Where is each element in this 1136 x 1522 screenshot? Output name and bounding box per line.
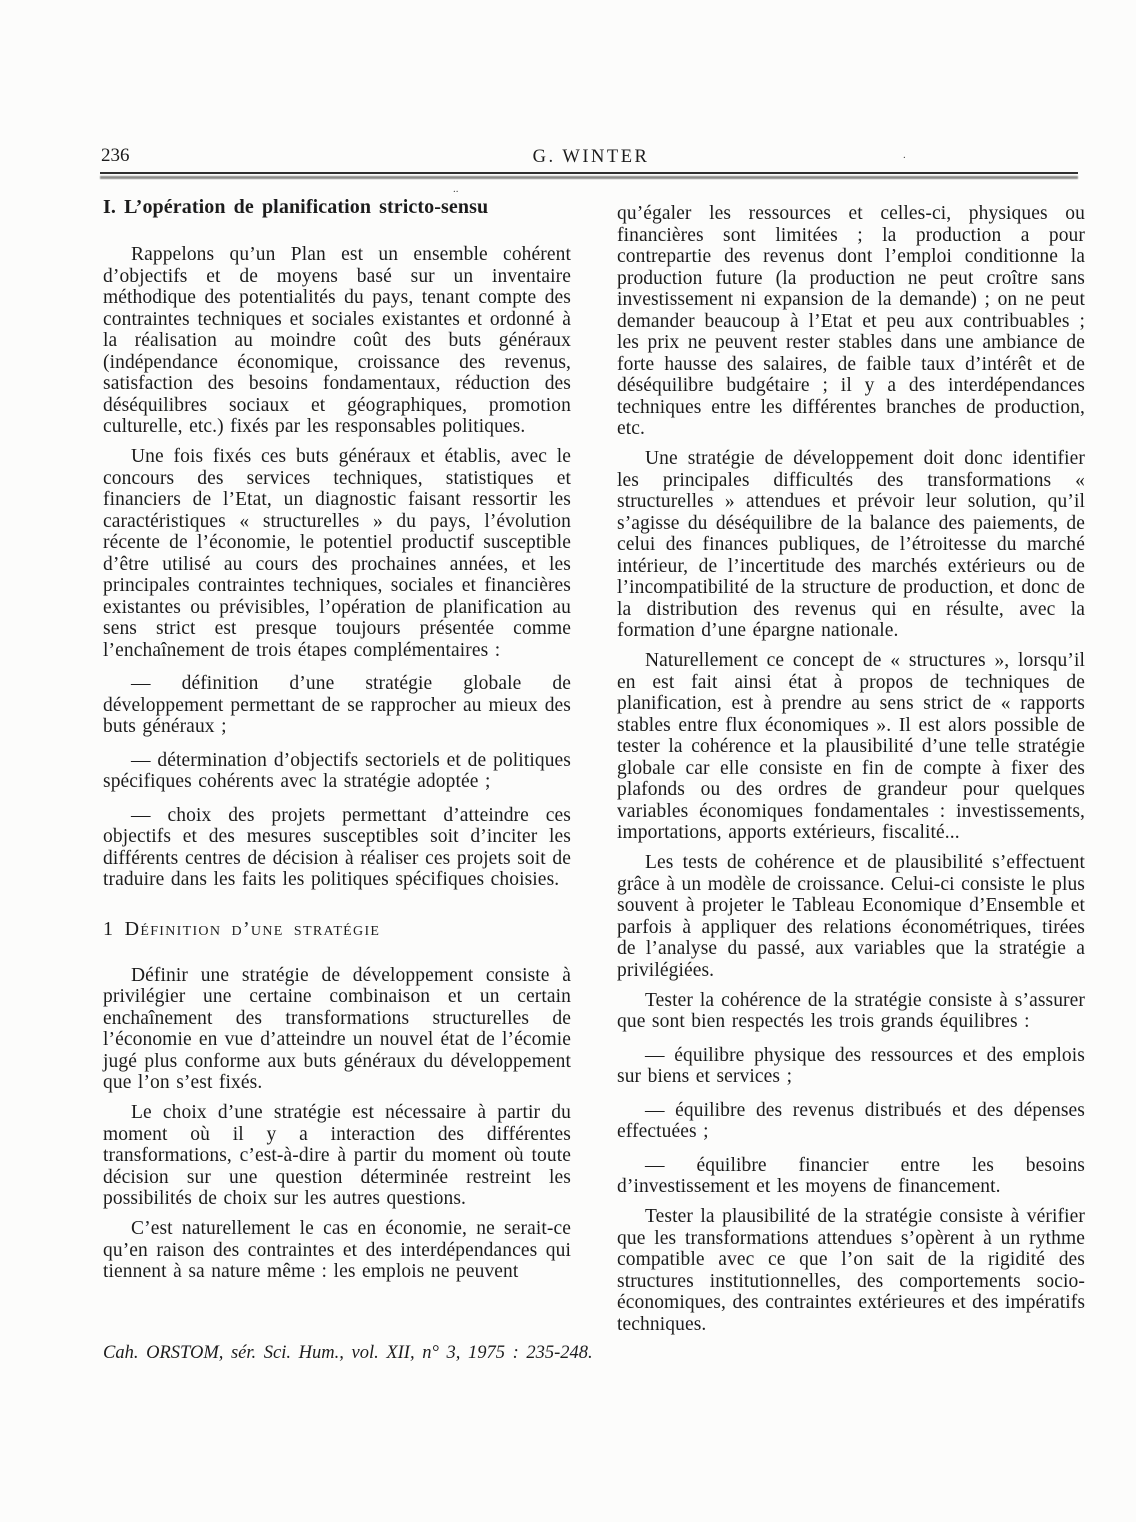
paragraph: qu’égaler les ressources et celles-ci, p…	[617, 203, 1085, 440]
right-column: qu’égaler les ressources et celles-ci, p…	[617, 203, 1085, 1335]
page-number: 236	[101, 145, 130, 167]
left-column: I. L’opération de planification stricto-…	[103, 196, 571, 1283]
paragraph: Une fois fixés ces buts généraux et étab…	[103, 446, 571, 661]
bullet-item: — définition d’une stratégie globale de …	[103, 673, 571, 738]
bullet-item: — équilibre des revenus distribués et de…	[617, 1100, 1085, 1143]
paragraph: Rappelons qu’un Plan est un ensemble coh…	[103, 244, 571, 438]
scan-speck: .	[903, 152, 906, 158]
paragraph: Définir une stratégie de développement c…	[103, 965, 571, 1094]
header-rule-shadow	[100, 176, 1078, 179]
header-rule	[100, 172, 1078, 174]
bullet-item: — détermination d’objectifs sectoriels e…	[103, 750, 571, 793]
journal-page: 236 G. WINTER I. L’opération de planific…	[0, 0, 1136, 1522]
paragraph: Le choix d’une stratégie est nécessaire …	[103, 1102, 571, 1210]
paragraph: C’est naturellement le cas en économie, …	[103, 1218, 571, 1283]
scan-speck: ..	[453, 186, 459, 192]
paragraph: Tester la cohérence de la stratégie cons…	[617, 990, 1085, 1033]
bullet-item: — équilibre financier entre les besoins …	[617, 1155, 1085, 1198]
bullet-item: — équilibre physique des ressources et d…	[617, 1045, 1085, 1088]
paragraph: Une stratégie de développement doit donc…	[617, 448, 1085, 642]
bullet-item: — choix des projets permettant d’atteind…	[103, 805, 571, 891]
running-head: G. WINTER	[533, 147, 650, 168]
section-heading: I. L’opération de planification stricto-…	[103, 196, 571, 219]
paragraph: Les tests de cohérence et de plausibilit…	[617, 852, 1085, 981]
scan-speck: .	[429, 585, 432, 591]
subsection-heading: 1 Définition d’une stratégie	[103, 918, 571, 941]
paragraph: Tester la plausibilité de la stratégie c…	[617, 1206, 1085, 1335]
paragraph: Naturellement ce concept de « structures…	[617, 650, 1085, 844]
footer-citation: Cah. ORSTOM, sér. Sci. Hum., vol. XII, n…	[103, 1343, 593, 1364]
